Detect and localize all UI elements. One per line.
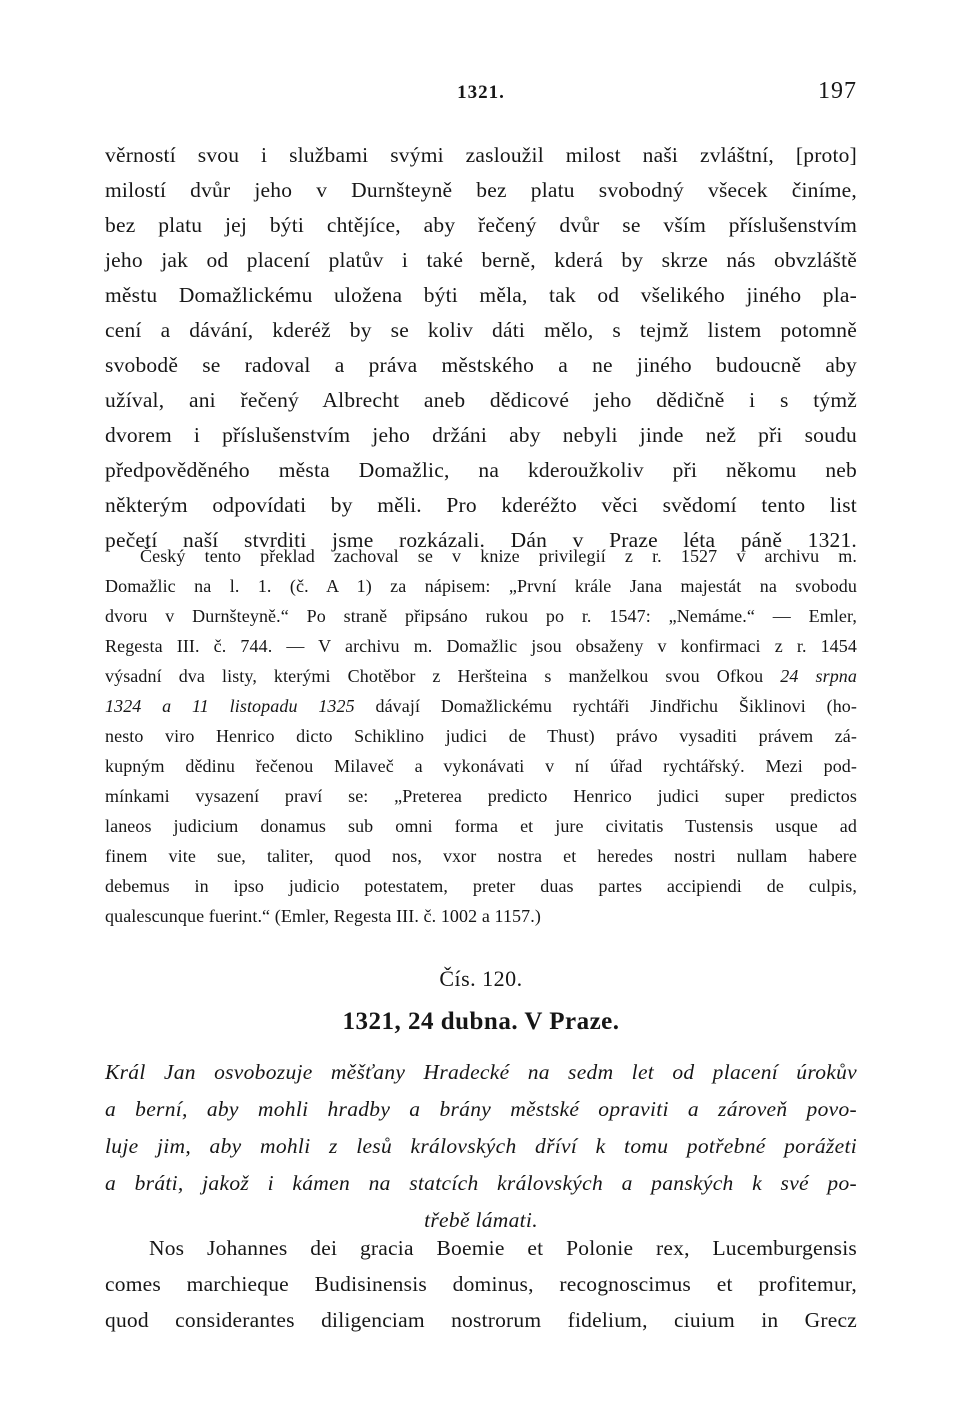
charter-119-body: věrností svou i službami svými zasloužil… <box>105 138 857 558</box>
note-line: Regesta III. č. 744. — V archivu m. Doma… <box>105 631 857 661</box>
note-line: Domažlic na l. 1. (č. A 1) za nápisem: „… <box>105 571 857 601</box>
running-head-year: 1321. <box>105 82 857 104</box>
running-head: 1321. 197 <box>105 82 857 110</box>
note-line-segment-italic: 24 srpna <box>780 666 857 686</box>
charter-120-body: Nos Johannes dei gracia Boemie et Poloni… <box>105 1230 857 1338</box>
note-line: nesto viro Henrico dicto Schiklino judic… <box>105 721 857 751</box>
summary-line: luje jim, aby mohli z lesů královských d… <box>105 1128 857 1165</box>
charter-120-number-heading: Čís. 120. <box>105 966 857 992</box>
charter-119-editorial-note: Český tento překlad zachoval se v knize … <box>105 541 857 931</box>
summary-line: Král Jan osvobozuje měšťany Hradecké na … <box>105 1054 857 1091</box>
note-line: debemus in ipso judicio potestatem, pret… <box>105 871 857 901</box>
text-line: svobodě se radoval a práva městského a n… <box>105 348 857 383</box>
note-line: finem vite sue, taliter, quod nos, vxor … <box>105 841 857 871</box>
note-line: Český tento překlad zachoval se v knize … <box>105 541 857 571</box>
note-line-segment-italic: 1324 a 11 listopadu 1325 <box>105 696 355 716</box>
summary-line: a bráti, jakož i kámen na statcích králo… <box>105 1165 857 1202</box>
note-line-segment: dávají Domažlickému rychtáři Jindřichu Š… <box>355 696 857 716</box>
text-line: předpověděného města Domažlic, na kderou… <box>105 453 857 488</box>
charter-120-date-heading: 1321, 24 dubna. V Praze. <box>105 1008 857 1036</box>
summary-line: a berní, aby mohli hradby a brány městsk… <box>105 1091 857 1128</box>
text-line: bez platu jej býti chtějíce, aby řečený … <box>105 208 857 243</box>
note-line: dvoru v Durnšteyně.“ Po straně připsáno … <box>105 601 857 631</box>
page-number: 197 <box>818 78 857 105</box>
note-line: výsadní dva listy, kterými Chotěbor z He… <box>105 661 857 691</box>
text-line: quod considerantes diligenciam nostrorum… <box>105 1302 857 1338</box>
text-line: městu Domažlickému uložena býti měla, ta… <box>105 278 857 313</box>
note-line: qualescunque fuerint.“ (Emler, Regesta I… <box>105 901 857 931</box>
note-line: 1324 a 11 listopadu 1325 dávají Domažlic… <box>105 691 857 721</box>
text-line: věrností svou i službami svými zasloužil… <box>105 138 857 173</box>
note-line: mínkami vysazení praví se: „Preterea pre… <box>105 781 857 811</box>
text-line: jeho jak od placení platův i také berně,… <box>105 243 857 278</box>
text-line: užíval, ani řečený Albrecht aneb dědicov… <box>105 383 857 418</box>
note-line: kupným dědinu řečenou Milaveč a vykonáva… <box>105 751 857 781</box>
text-line: Nos Johannes dei gracia Boemie et Poloni… <box>105 1230 857 1266</box>
text-line: dvorem i příslušenstvím jeho držáni aby … <box>105 418 857 453</box>
text-line: milostí dvůr jeho v Durnšteyně bez platu… <box>105 173 857 208</box>
text-line: některým odpovídati by měli. Pro kderéžt… <box>105 488 857 523</box>
book-page: 1321. 197 věrností svou i službami svými… <box>0 0 960 1405</box>
text-line: comes marchieque Budisinensis dominus, r… <box>105 1266 857 1302</box>
text-line: cení a dávání, kderéž by se koliv dáti m… <box>105 313 857 348</box>
note-line-segment: výsadní dva listy, kterými Chotěbor z He… <box>105 666 780 686</box>
charter-120-summary: Král Jan osvobozuje měšťany Hradecké na … <box>105 1054 857 1239</box>
note-line: laneos judicium donamus sub omni forma e… <box>105 811 857 841</box>
